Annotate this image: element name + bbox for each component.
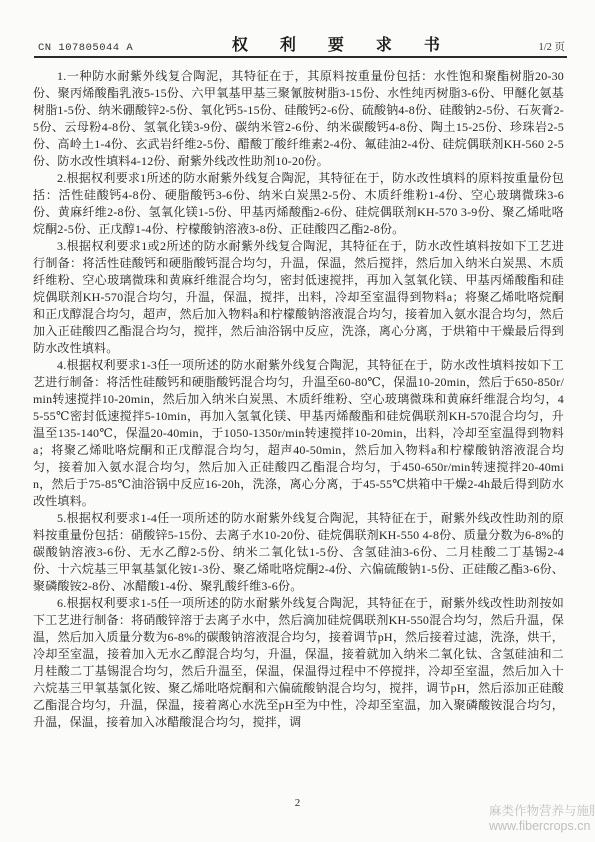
claim-2: 2.根据权利要求1所述的防水耐紫外线复合陶泥，其特征在于，防水改性填料的原料按重… (33, 170, 564, 238)
page-indicator: 1/2 页 (538, 39, 565, 54)
header-divider (34, 56, 567, 58)
page-header: CN 107805044 A 权 利 要 求 书 1/2 页 (38, 32, 565, 55)
claim-1: 1.一种防水耐紫外线复合陶泥，其特征在于，其原料按重量份包括：水性饱和聚酯树脂2… (33, 68, 564, 170)
claims-body: 1.一种防水耐紫外线复合陶泥，其特征在于，其原料按重量份包括：水性饱和聚酯树脂2… (33, 68, 564, 731)
watermark-site-name: 麻类作物营养与施肥网 (489, 804, 595, 819)
publication-number: CN 107805044 A (38, 42, 133, 54)
claim-3: 3.根据权利要求1或2所述的防水耐紫外线复合陶泥，其特征在于，防水改性填料按如下… (33, 238, 564, 357)
claim-5: 5.根据权利要求1-4任一项所述的防水耐紫外线复合陶泥，其特征在于，耐紫外线改性… (33, 510, 564, 595)
patent-claims-page: CN 107805044 A 权 利 要 求 书 1/2 页 1.一种防水耐紫外… (0, 0, 595, 842)
claim-6: 6.根据权利要求1-5任一项所述的防水耐紫外线复合陶泥，其特征在于，耐紫外线改性… (33, 595, 564, 731)
watermark: 麻类作物营养与施肥网 www.fibercrops.cn (489, 804, 595, 834)
watermark-site-url: www.fibercrops.cn (489, 819, 595, 834)
claim-4: 4.根据权利要求1-3任一项所述的防水耐紫外线复合陶泥，其特征在于，防水改性填料… (33, 357, 564, 510)
document-title: 权 利 要 求 书 (218, 32, 454, 55)
